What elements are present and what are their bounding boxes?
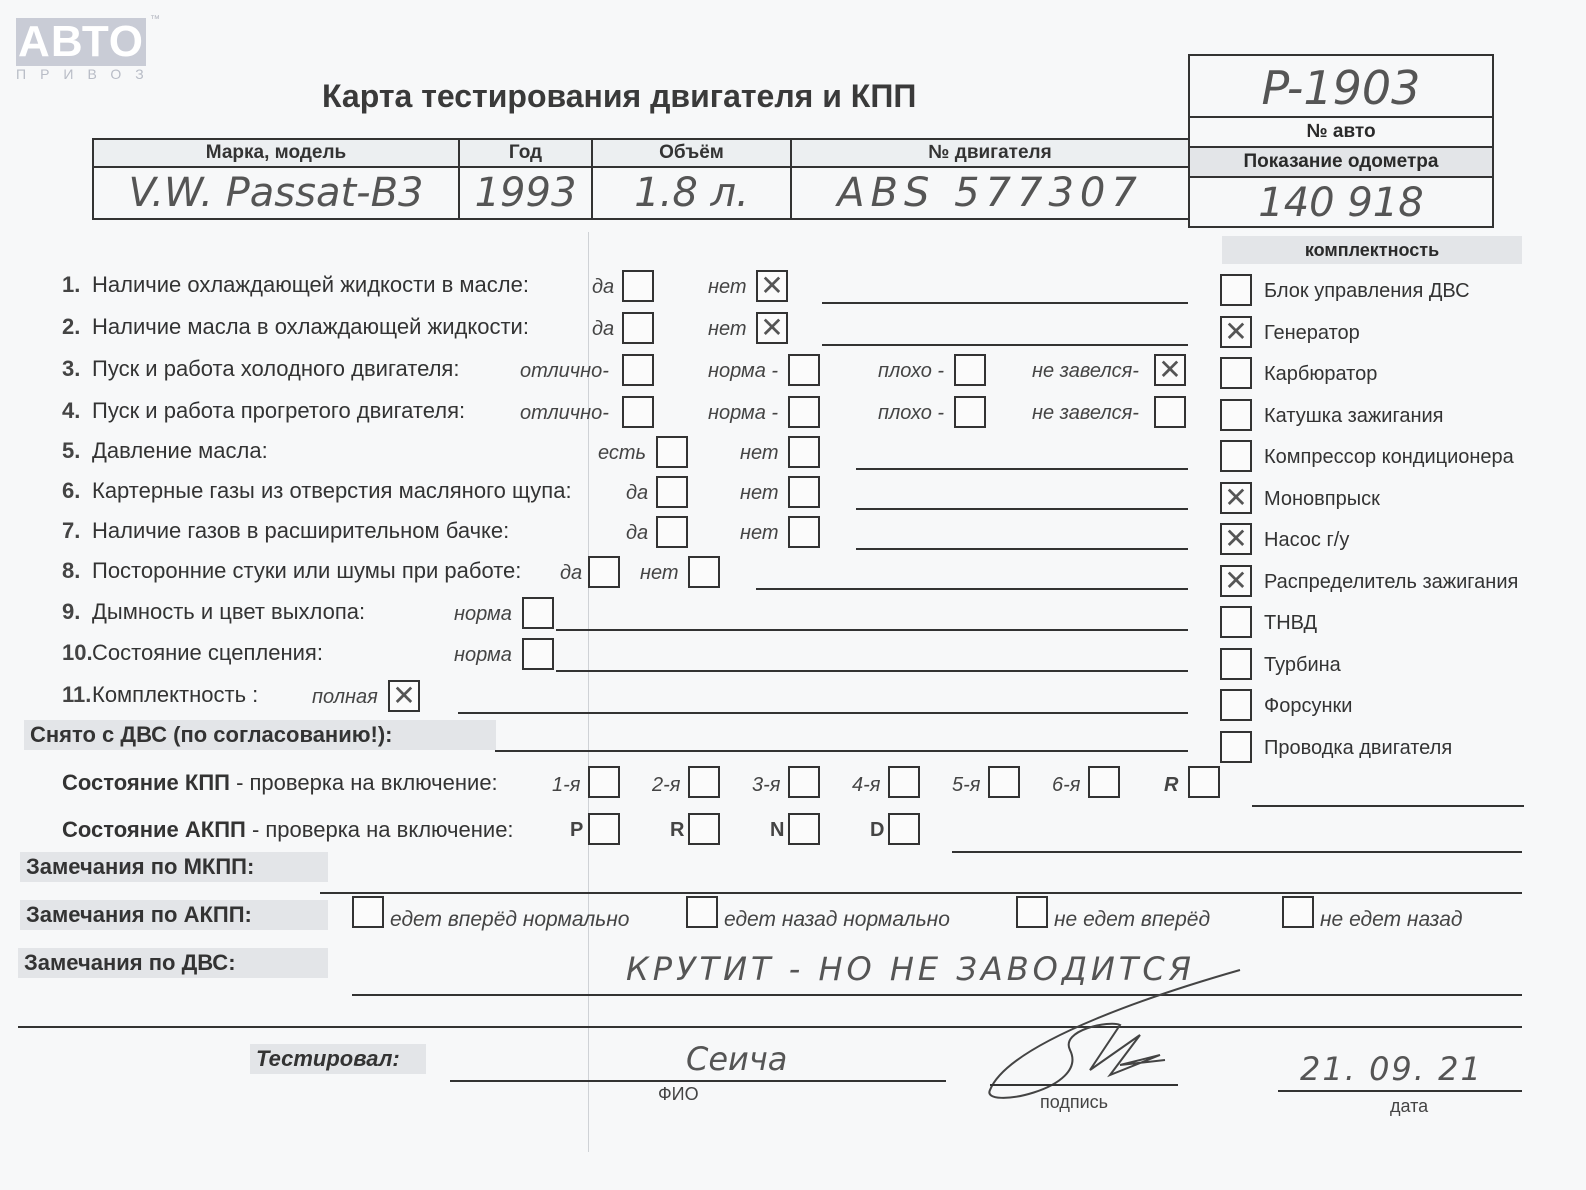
akpp-checkbox[interactable] <box>1282 896 1314 928</box>
gear-label: 2-я <box>652 774 680 797</box>
option-label: нет <box>740 482 779 505</box>
question-text: Картерные газы из отверстия масляного щу… <box>92 478 572 503</box>
manual-gearbox-label: Состояние КПП - проверка на включение: <box>62 770 498 796</box>
question-label: 4.Пуск и работа прогретого двигателя: <box>62 398 465 424</box>
gear-label: 3-я <box>752 774 780 797</box>
option-label: отлично- <box>520 360 609 383</box>
completeness-checkbox[interactable] <box>1220 648 1252 680</box>
completeness-checkbox[interactable] <box>1220 274 1252 306</box>
completeness-checkbox[interactable]: ✕ <box>1220 565 1252 597</box>
gear-checkbox[interactable] <box>588 766 620 798</box>
signature-caption: подпись <box>1040 1092 1108 1113</box>
question-text: Состояние сцепления: <box>92 640 323 665</box>
question-label: 7.Наличие газов в расширительном бачке: <box>62 518 509 544</box>
option-label: норма <box>454 644 512 667</box>
completeness-item: Проводка двигателя <box>1264 737 1452 760</box>
answer-line[interactable] <box>856 508 1188 510</box>
name-caption: ФИО <box>658 1084 699 1105</box>
header-volume: Объём <box>592 139 791 167</box>
option-label: нет <box>740 442 779 465</box>
mode-checkbox[interactable] <box>788 813 820 845</box>
question-number: 7. <box>62 518 92 544</box>
option-checkbox[interactable] <box>656 516 688 548</box>
akpp-option-label: едет вперёд нормально <box>390 908 629 932</box>
odometer-value[interactable]: 140 918 <box>1190 178 1492 226</box>
question-text: Наличие масла в охлаждающей жидкости: <box>92 314 529 339</box>
question-number: 11. <box>62 682 92 708</box>
question-label: 2.Наличие масла в охлаждающей жидкости: <box>62 314 529 340</box>
car-info-box: P-1903 № авто Показание одометра 140 918 <box>1188 54 1494 228</box>
header-engine-number: № двигателя <box>791 139 1189 167</box>
gear-checkbox[interactable] <box>888 766 920 798</box>
option-checkbox[interactable] <box>1154 396 1186 428</box>
mkpp-remarks-line[interactable] <box>320 892 1522 894</box>
year-value[interactable]: 1993 <box>459 167 592 219</box>
gear-label: R <box>1164 774 1178 797</box>
question-text: Давление масла: <box>92 438 268 463</box>
option-checkbox[interactable] <box>688 556 720 588</box>
name-line[interactable] <box>450 1080 946 1082</box>
option-label: полная <box>312 686 378 709</box>
completeness-checkbox[interactable] <box>1220 731 1252 763</box>
akpp-option-label: едет назад нормально <box>724 908 950 932</box>
gear-checkbox[interactable] <box>988 766 1020 798</box>
signature <box>970 960 1250 1110</box>
tested-by-label: Тестировал: <box>250 1044 426 1074</box>
date-line[interactable] <box>1278 1090 1522 1092</box>
header-year: Год <box>459 139 592 167</box>
completeness-item: Компрессор кондиционера <box>1264 446 1514 469</box>
answer-line[interactable] <box>556 629 1188 631</box>
manual-gearbox-line[interactable] <box>1252 805 1524 807</box>
option-label: норма - <box>708 402 778 425</box>
logo-trademark: ™ <box>150 14 160 25</box>
answer-line[interactable] <box>856 548 1188 550</box>
answer-line[interactable] <box>458 712 1188 714</box>
option-checkbox[interactable]: ✕ <box>388 680 420 712</box>
volume-value[interactable]: 1.8 л. <box>592 167 791 219</box>
question-text: Комплектность : <box>92 682 258 707</box>
signature-line[interactable] <box>990 1084 1178 1086</box>
completeness-item: Карбюратор <box>1264 363 1377 386</box>
option-checkbox[interactable] <box>656 436 688 468</box>
completeness-checkbox[interactable]: ✕ <box>1220 482 1252 514</box>
completeness-checkbox[interactable] <box>1220 357 1252 389</box>
answer-line[interactable] <box>856 468 1188 470</box>
gear-checkbox[interactable] <box>688 766 720 798</box>
option-label: да <box>592 276 614 299</box>
completeness-item: Распределитель зажигания <box>1264 571 1518 594</box>
question-text: Дымность и цвет выхлопа: <box>92 599 365 624</box>
page-title: Карта тестирования двигателя и КПП <box>322 78 916 115</box>
option-label: норма <box>454 603 512 626</box>
completeness-checkbox[interactable]: ✕ <box>1220 316 1252 348</box>
auto-gearbox-line[interactable] <box>952 851 1522 853</box>
question-text: Пуск и работа холодного двигателя: <box>92 356 459 381</box>
mkpp-remarks-label: Замечания по МКПП: <box>20 852 328 882</box>
completeness-item: Катушка зажигания <box>1264 405 1444 428</box>
option-checkbox[interactable] <box>622 396 654 428</box>
question-label: 1.Наличие охлаждающей жидкости в масле: <box>62 272 529 298</box>
completeness-item: Блок управления ДВС <box>1264 280 1470 303</box>
question-number: 1. <box>62 272 92 298</box>
akpp-checkbox[interactable] <box>352 896 384 928</box>
question-number: 8. <box>62 558 92 584</box>
option-checkbox[interactable] <box>954 396 986 428</box>
option-label: плохо - <box>878 360 944 383</box>
mode-label: D <box>870 819 884 842</box>
completeness-item: ТНВД <box>1264 612 1317 635</box>
gear-checkbox[interactable] <box>1088 766 1120 798</box>
answer-line[interactable] <box>822 344 1188 346</box>
question-number: 6. <box>62 478 92 504</box>
question-number: 2. <box>62 314 92 340</box>
question-text: Пуск и работа прогретого двигателя: <box>92 398 465 423</box>
option-label: не завелся- <box>1032 360 1139 383</box>
completeness-checkbox[interactable] <box>1220 440 1252 472</box>
option-label: отлично- <box>520 402 609 425</box>
option-checkbox[interactable] <box>954 354 986 386</box>
option-label: нет <box>708 276 747 299</box>
completeness-item: Моновпрыск <box>1264 488 1380 511</box>
answer-line[interactable] <box>556 670 1188 672</box>
akpp-option-label: не едет вперёд <box>1054 908 1210 932</box>
engine-number-value[interactable]: ABS 577307 <box>791 167 1189 219</box>
akpp-checkbox[interactable] <box>686 896 718 928</box>
question-label: 10.Состояние сцепления: <box>62 640 323 666</box>
question-label: 11.Комплектность : <box>62 682 258 708</box>
mode-label: R <box>670 819 684 842</box>
gear-checkbox[interactable] <box>788 766 820 798</box>
option-label: норма - <box>708 360 778 383</box>
completeness-checkbox[interactable]: ✕ <box>1220 523 1252 555</box>
completeness-checkbox[interactable] <box>1220 689 1252 721</box>
mode-checkbox[interactable] <box>888 813 920 845</box>
option-label: нет <box>740 522 779 545</box>
option-checkbox[interactable]: ✕ <box>756 270 788 302</box>
completeness-checkbox[interactable] <box>1220 399 1252 431</box>
option-checkbox[interactable]: ✕ <box>756 312 788 344</box>
question-label: 9.Дымность и цвет выхлопа: <box>62 599 365 625</box>
option-checkbox[interactable] <box>788 516 820 548</box>
completeness-item: Форсунки <box>1264 695 1352 718</box>
vehicle-table: Марка, модель Год Объём № двигателя V.W.… <box>92 138 1190 220</box>
answer-line[interactable] <box>822 302 1188 304</box>
question-number: 5. <box>62 438 92 464</box>
option-label: нет <box>708 318 747 341</box>
question-label: 5.Давление масла: <box>62 438 268 464</box>
question-number: 3. <box>62 356 92 382</box>
option-label: есть <box>598 442 646 465</box>
option-checkbox[interactable] <box>788 436 820 468</box>
completeness-item: Турбина <box>1264 654 1341 677</box>
option-label: да <box>592 318 614 341</box>
make-model-value[interactable]: V.W. Passat-B3 <box>93 167 459 219</box>
completeness-header: комплектность <box>1222 236 1522 264</box>
logo-subtitle: ПРИВОЗ <box>16 66 148 82</box>
question-label: 3.Пуск и работа холодного двигателя: <box>62 356 459 382</box>
gear-label: 5-я <box>952 774 980 797</box>
question-label: 8.Посторонние стуки или шумы при работе: <box>62 558 521 584</box>
option-checkbox[interactable] <box>788 476 820 508</box>
header-make-model: Марка, модель <box>93 139 459 167</box>
option-label: да <box>626 482 648 505</box>
question-number: 10. <box>62 640 92 666</box>
answer-line[interactable] <box>756 588 1188 590</box>
gear-checkbox[interactable] <box>1188 766 1220 798</box>
date-value[interactable]: 21. 09. 21 <box>1300 1050 1483 1088</box>
option-label: не завелся- <box>1032 402 1139 425</box>
option-label: плохо - <box>878 402 944 425</box>
gear-label: 6-я <box>1052 774 1080 797</box>
completeness-checkbox[interactable] <box>1220 606 1252 638</box>
question-text: Наличие охлаждающей жидкости в масле: <box>92 272 529 297</box>
option-label: да <box>560 562 582 585</box>
option-checkbox[interactable] <box>622 354 654 386</box>
mode-checkbox[interactable] <box>588 813 620 845</box>
tester-name-value[interactable]: Сеича <box>686 1040 787 1078</box>
question-number: 4. <box>62 398 92 424</box>
option-checkbox[interactable] <box>622 312 654 344</box>
option-checkbox[interactable] <box>522 638 554 670</box>
option-checkbox[interactable]: ✕ <box>1154 354 1186 386</box>
question-text: Наличие газов в расширительном бачке: <box>92 518 509 543</box>
akpp-remarks-label: Замечания по АКПП: <box>20 900 328 930</box>
mode-label: P <box>570 819 583 842</box>
mode-label: N <box>770 819 784 842</box>
option-checkbox[interactable] <box>788 354 820 386</box>
dvs-remarks-line[interactable] <box>352 994 1522 996</box>
completeness-item: Генератор <box>1264 322 1360 345</box>
question-text: Посторонние стуки или шумы при работе: <box>92 558 521 583</box>
option-checkbox[interactable] <box>788 396 820 428</box>
removed-line[interactable] <box>495 750 1188 752</box>
option-checkbox[interactable] <box>622 270 654 302</box>
removed-from-engine-label: Снято с ДВС (по согласованию!): <box>24 720 496 750</box>
question-number: 9. <box>62 599 92 625</box>
option-checkbox[interactable] <box>522 597 554 629</box>
dvs-remarks-label: Замечания по ДВС: <box>18 948 328 978</box>
car-number-value[interactable]: P-1903 <box>1190 56 1492 118</box>
mode-checkbox[interactable] <box>688 813 720 845</box>
question-label: 6.Картерные газы из отверстия масляного … <box>62 478 572 504</box>
option-label: нет <box>640 562 679 585</box>
option-checkbox[interactable] <box>656 476 688 508</box>
car-number-label: № авто <box>1190 118 1492 148</box>
completeness-item: Насос г/у <box>1264 529 1349 552</box>
akpp-option-label: не едет назад <box>1320 908 1462 932</box>
option-checkbox[interactable] <box>588 556 620 588</box>
odometer-label: Показание одометра <box>1190 148 1492 178</box>
dvs-remarks-line-2[interactable] <box>18 1026 1522 1028</box>
logo: АВТО <box>16 18 146 66</box>
gear-label: 1-я <box>552 774 580 797</box>
gear-label: 4-я <box>852 774 880 797</box>
option-label: да <box>626 522 648 545</box>
date-caption: дата <box>1390 1096 1428 1117</box>
auto-gearbox-label: Состояние АКПП - проверка на включение: <box>62 817 514 843</box>
akpp-checkbox[interactable] <box>1016 896 1048 928</box>
